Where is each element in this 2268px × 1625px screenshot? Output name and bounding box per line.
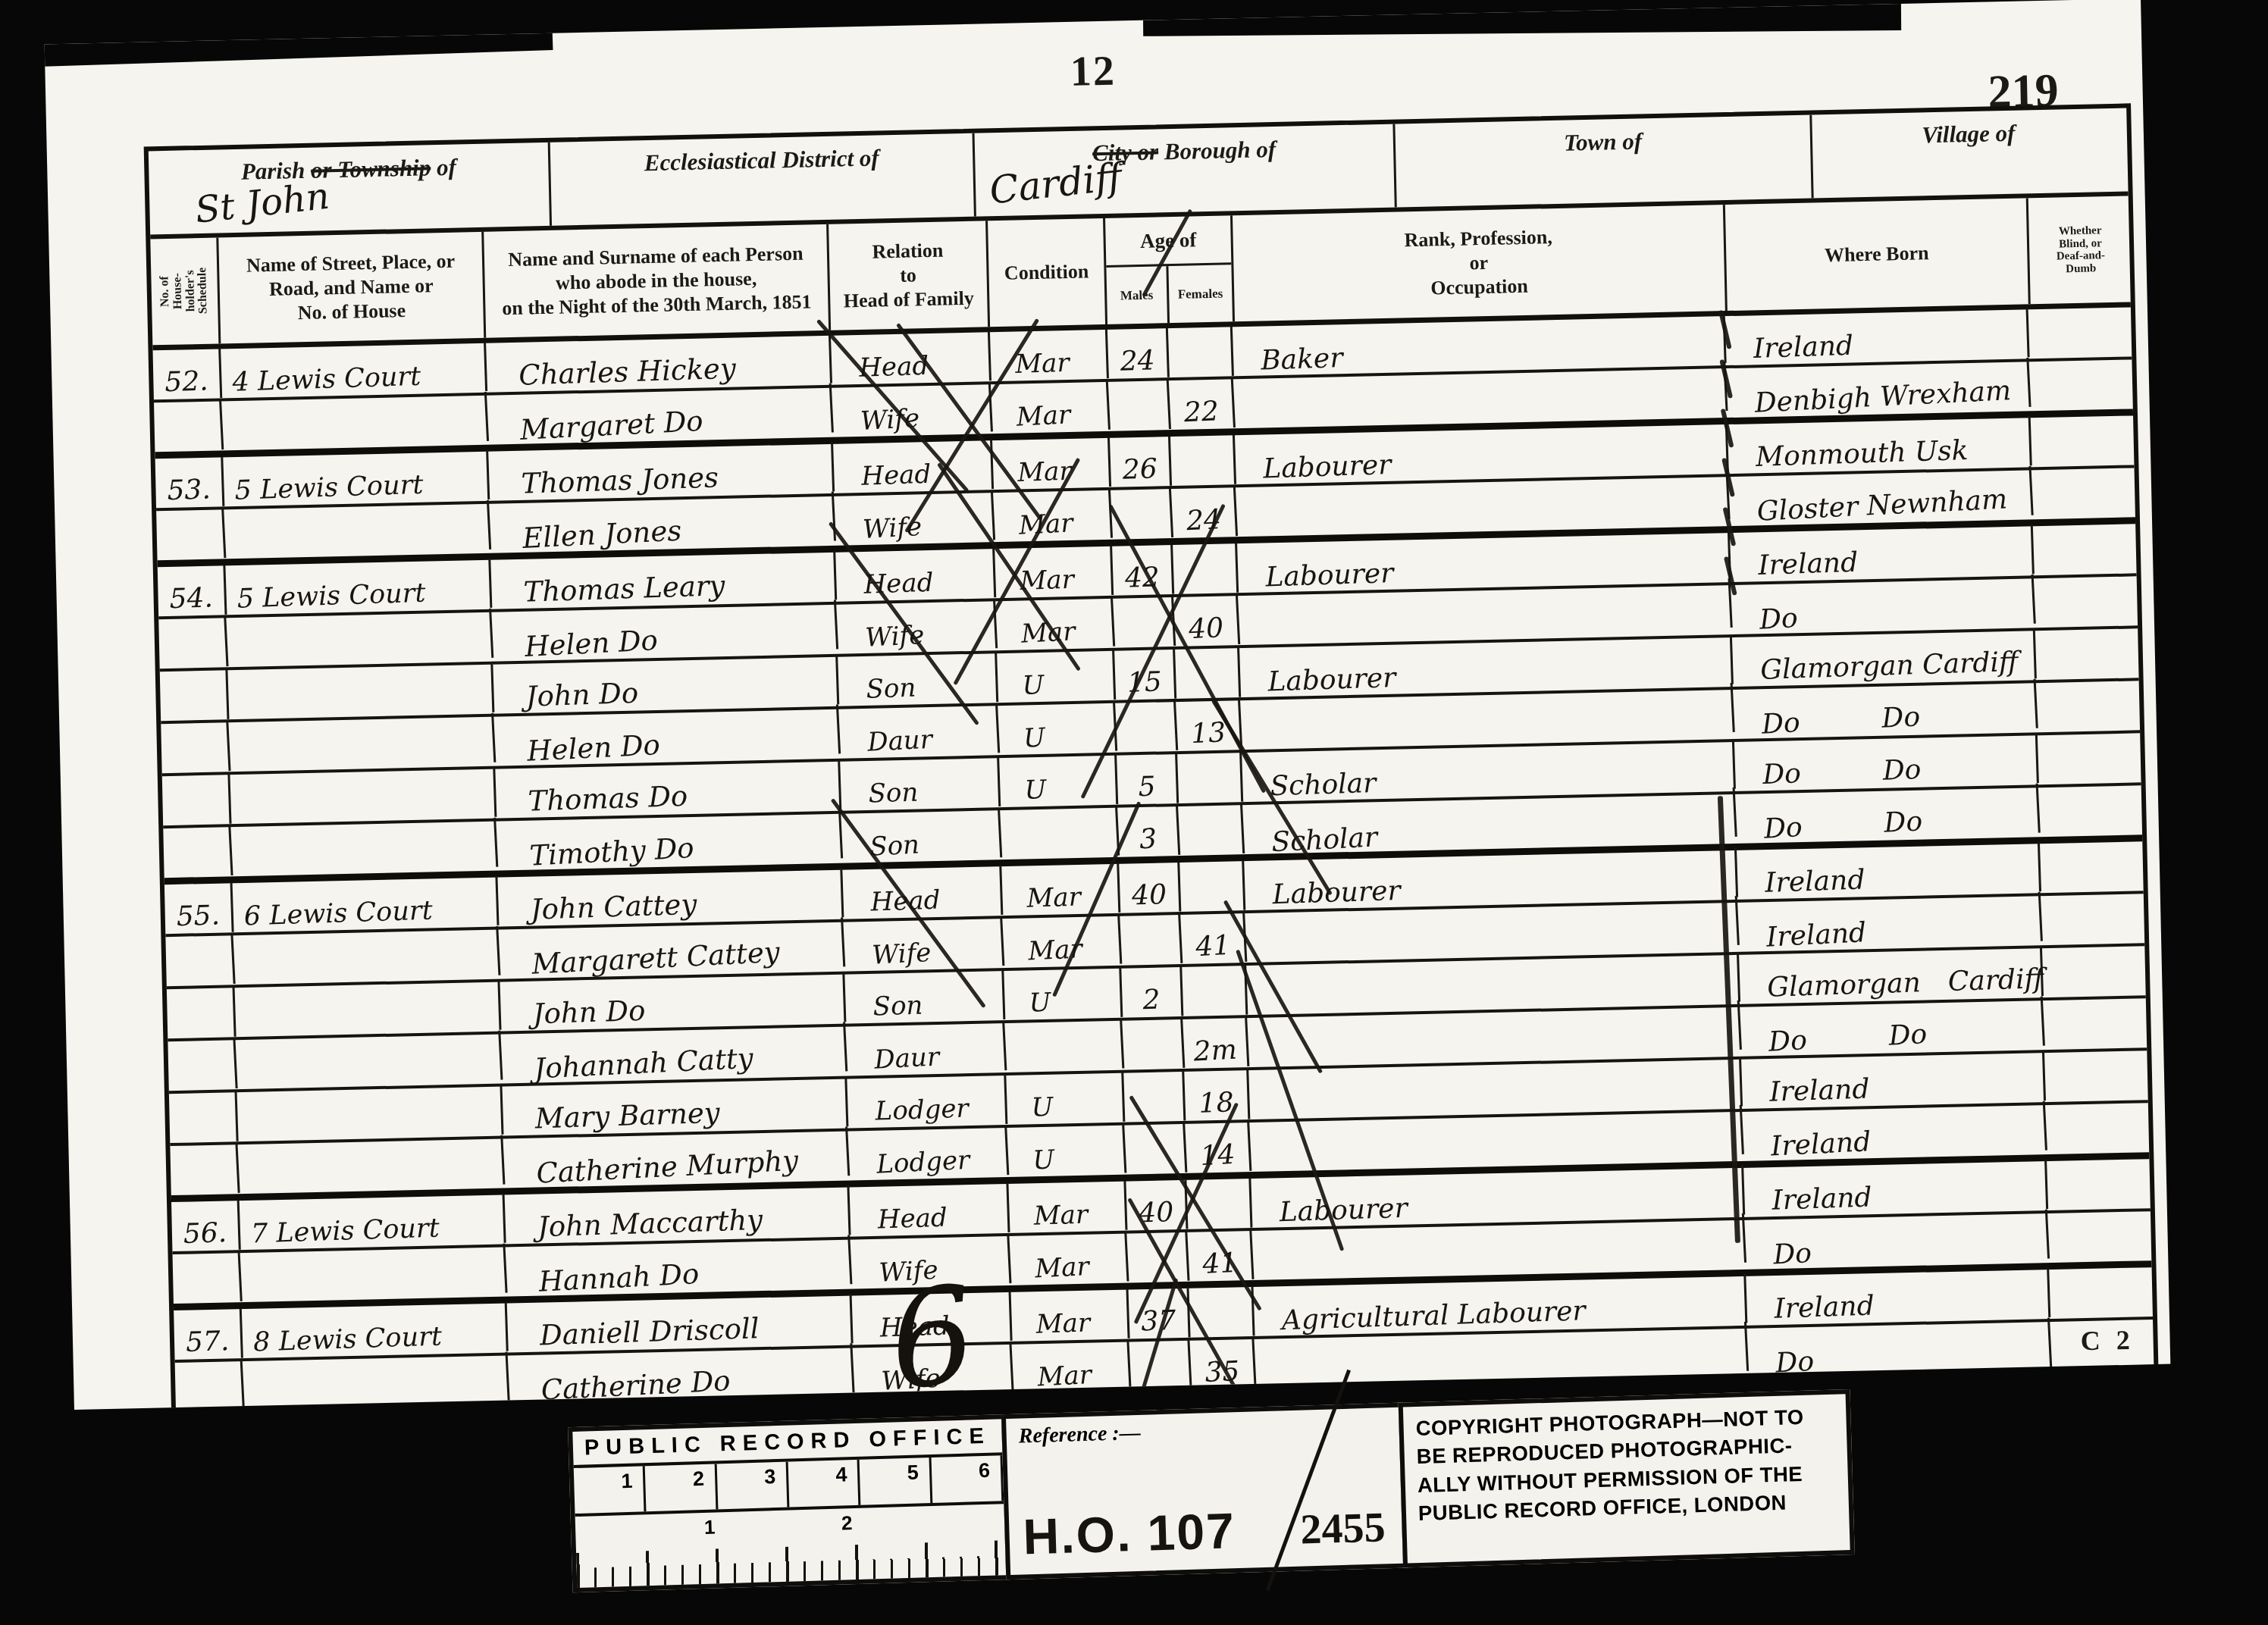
- cell-street: [229, 713, 497, 775]
- cell-street: [224, 500, 491, 562]
- field-label: Town of: [1564, 127, 1643, 155]
- cell-schedule-number: 57.: [174, 1309, 243, 1360]
- total-males: 10: [1131, 1395, 1193, 1410]
- cell-condition: Mar: [995, 597, 1115, 653]
- census-paper-sheet: 12 219 Parish or Township of St John Ecc…: [45, 0, 2171, 1410]
- cell-condition: Mar: [1008, 1181, 1127, 1234]
- cell-blind-deaf: [2036, 679, 2141, 734]
- cell-condition: [1000, 806, 1120, 862]
- cell-blind-deaf: [2040, 841, 2144, 894]
- cell-where-born: Ireland: [1743, 1160, 2048, 1219]
- cell-relation: Head: [835, 548, 996, 603]
- column-header-females: Females: [1168, 265, 1233, 323]
- cell-schedule-number: 54.: [157, 565, 227, 617]
- cell-where-born: Do: [1744, 1210, 2050, 1274]
- cell-age-female: [1182, 966, 1248, 1017]
- cell-schedule-number: 56.: [171, 1201, 241, 1252]
- cell-where-born: Denbigh Wrexham: [1726, 358, 2031, 422]
- pro-reference-stamp: PUBLIC RECORD OFFICE 123456 1 2 Referenc…: [568, 1389, 1859, 1592]
- column-header-street: Name of Street, Place, or Road, and Name…: [218, 232, 486, 344]
- cell-street: 6 Lewis Court: [233, 876, 500, 934]
- reference-series: H.O. 107: [1023, 1501, 1236, 1565]
- column-header-schedule: No. of House- holder's Schedule: [150, 237, 221, 345]
- copyright-box: COPYRIGHT PHOTOGRAPH—NOT TO BE REPRODUCE…: [1399, 1389, 1855, 1568]
- cell-relation: Son: [838, 653, 998, 707]
- cell-street: [235, 981, 502, 1038]
- cell-age-male: [1122, 1019, 1185, 1071]
- cell-where-born: Ireland: [1741, 1051, 2046, 1110]
- cell-relation: Lodger: [847, 1126, 1009, 1182]
- cell-relation: Head: [842, 866, 1003, 920]
- cell-where-born: Gloster Newnham: [1728, 466, 2034, 531]
- cell-blind-deaf: [2045, 1101, 2150, 1156]
- cell-blind-deaf: [2043, 997, 2147, 1051]
- cell-schedule-number: [169, 1092, 239, 1144]
- cell-schedule-number: [172, 1252, 243, 1304]
- cell-condition: [1004, 1019, 1124, 1075]
- ruler-sub-number: 1: [703, 1516, 715, 1539]
- field-village: Village of: [1812, 108, 2125, 199]
- cell-age-male: [1120, 914, 1183, 966]
- cell-condition: Mar: [1011, 1289, 1130, 1342]
- cell-where-born: Ireland: [1742, 1101, 2047, 1166]
- cell-blind-deaf: [2047, 1158, 2151, 1210]
- column-header-where-born: Where Born: [1725, 198, 2031, 311]
- cell-schedule-number: 55.: [164, 883, 234, 935]
- field-parish: Parish or Township of St John: [149, 142, 552, 235]
- cell-age-female: 18: [1184, 1070, 1250, 1122]
- cell-condition: Mar: [1002, 915, 1122, 970]
- column-header-relation: Relation to Head of Family: [829, 221, 990, 330]
- cell-relation: Son: [841, 808, 1002, 865]
- cell-condition: U: [997, 650, 1116, 703]
- pro-ruler-box: PUBLIC RECORD OFFICE 123456 1 2: [568, 1414, 1010, 1592]
- cell-blind-deaf: [2049, 1266, 2153, 1319]
- ruler-ticks: 1 2: [575, 1504, 1007, 1588]
- ruler-inch-number: 1: [574, 1466, 647, 1514]
- cell-blind-deaf: [2031, 467, 2136, 521]
- cell-relation: Son: [840, 757, 1001, 812]
- cell-where-born: Ireland: [1737, 842, 2041, 901]
- cell-where-born: Ireland: [1730, 524, 2035, 584]
- cell-age-female: 13: [1176, 700, 1242, 752]
- cell-condition: Mar: [1012, 1340, 1132, 1395]
- reference-piece: 2455: [1300, 1503, 1386, 1554]
- cell-schedule-number: [174, 1360, 245, 1410]
- cell-street: [221, 392, 489, 454]
- cell-where-born: Ireland: [1737, 892, 2043, 957]
- cell-age-male: 5: [1117, 754, 1179, 806]
- page-number: 12: [1070, 47, 1116, 96]
- cell-schedule-number: [155, 509, 226, 561]
- cell-blind-deaf: [2028, 307, 2132, 359]
- column-header-age-group: Age of Males Females: [1105, 215, 1235, 324]
- cell-blind-deaf: [2029, 359, 2134, 413]
- cell-where-born: Do Do: [1733, 679, 2038, 744]
- cell-age-female: [1189, 1287, 1255, 1339]
- cell-age-female: [1177, 753, 1243, 804]
- column-header-condition: Condition: [988, 218, 1107, 327]
- census-table: Parish or Township of St John Ecclesiast…: [144, 103, 2160, 1410]
- cell-schedule-number: 52.: [152, 349, 222, 400]
- cell-where-born: Ireland: [1746, 1268, 2050, 1327]
- cell-blind-deaf: [2033, 524, 2137, 576]
- cell-schedule-number: [160, 722, 230, 774]
- cell-condition: Mar: [992, 437, 1111, 490]
- ruler-inch-number: 6: [931, 1455, 1004, 1503]
- cell-schedule-number: [165, 935, 236, 987]
- cell-where-born: Do Do: [1735, 784, 2041, 848]
- cell-where-born: Do Do: [1734, 734, 2039, 793]
- film-edge-tear: [45, 0, 553, 67]
- cell-schedule-number: [153, 400, 224, 452]
- ruler-sub-number: 2: [841, 1511, 853, 1535]
- cell-street: [236, 1031, 503, 1093]
- field-label: of: [437, 154, 457, 181]
- cell-blind-deaf: [2034, 575, 2138, 629]
- cell-age-female: 2m: [1183, 1017, 1249, 1069]
- cell-street: [238, 1135, 506, 1198]
- cell-relation: Lodger: [847, 1075, 1007, 1129]
- cell-condition: Mar: [993, 489, 1113, 544]
- cell-street: [240, 1244, 508, 1306]
- cell-street: 4 Lewis Court: [221, 342, 487, 399]
- cell-blind-deaf: [2031, 415, 2135, 468]
- cell-age-female: 22: [1169, 378, 1236, 431]
- reference-slash: [1266, 1370, 1351, 1591]
- ruler-inch-number: 5: [860, 1457, 932, 1505]
- cell-street: 7 Lewis Court: [240, 1194, 506, 1251]
- cell-age-female: [1178, 804, 1245, 856]
- cell-blind-deaf: [2042, 946, 2146, 998]
- cell-age-female: 41: [1187, 1230, 1254, 1282]
- cell-schedule-number: [158, 617, 228, 669]
- cell-age-male: 15: [1114, 650, 1176, 701]
- cell-condition: U: [1006, 1072, 1125, 1126]
- total-houses-values: 15 U B: [244, 1409, 511, 1410]
- field-ecclesiastical-district: Ecclesiastical District of: [550, 133, 976, 226]
- ruler-inch-number: 2: [645, 1464, 718, 1511]
- cell-age-male: 26: [1110, 437, 1172, 488]
- cell-age-female: [1170, 435, 1236, 487]
- cell-where-born: Glamorgan Cardiff: [1739, 947, 2044, 1006]
- column-header-blind-deaf: Whether Blind, or Deaf-and- Dumb: [2028, 196, 2133, 304]
- parish-handwritten-value: St John: [193, 175, 331, 232]
- column-header-name: Name and Surname of each Person who abod…: [484, 224, 831, 338]
- cell-relation: Head: [833, 440, 994, 494]
- cell-age-male: 40: [1119, 863, 1181, 914]
- cell-street: [237, 1085, 504, 1143]
- cell-street: [227, 609, 494, 671]
- cell-age-male: [1111, 488, 1173, 540]
- cell-condition: U: [1007, 1123, 1126, 1179]
- cell-age-male: 2: [1121, 967, 1183, 1019]
- cell-schedule-number: [170, 1144, 240, 1196]
- cell-relation: Daur: [845, 1021, 1007, 1078]
- cell-street: [243, 1352, 510, 1410]
- cell-condition: U: [998, 702, 1117, 757]
- cell-where-born: Ireland: [1725, 308, 2030, 367]
- cell-schedule-number: [159, 670, 229, 722]
- field-city-borough: City or Borough of Cardiff: [975, 124, 1397, 217]
- cell-where-born: Do: [1731, 575, 2036, 639]
- cell-street: 5 Lewis Court: [225, 559, 492, 616]
- ruler-inch-number: 4: [788, 1460, 861, 1508]
- cell-age-male: [1129, 1340, 1192, 1392]
- total-empty-blind: [2052, 1373, 2156, 1410]
- cell-blind-deaf: [2047, 1210, 2152, 1264]
- census-scan-page: { "page":{"number_top":"12","folio":"219…: [0, 0, 2268, 1625]
- cell-schedule-number: [162, 826, 233, 878]
- field-label: Borough of: [1164, 136, 1276, 164]
- cell-condition: Mar: [990, 329, 1109, 382]
- column-header-males: Males: [1106, 266, 1169, 324]
- field-town: Town of: [1395, 115, 1813, 208]
- cell-where-born: Do: [1746, 1318, 2052, 1382]
- cell-street: [231, 818, 499, 880]
- field-label-struck: or Township: [311, 154, 431, 183]
- ruler-inch-number: 3: [716, 1462, 789, 1510]
- cell-schedule-number: [167, 988, 237, 1039]
- cell-where-born: Glamorgan Cardiff: [1732, 629, 2037, 688]
- column-header-occupation: Rank, Profession, or Occupation: [1233, 205, 1728, 321]
- cell-blind-deaf: [2035, 628, 2139, 681]
- cell-schedule-number: [168, 1039, 238, 1091]
- film-edge-tear: [1142, 0, 1901, 36]
- cell-age-male: 24: [1107, 328, 1170, 380]
- cell-relation: Daur: [838, 703, 1000, 760]
- cell-condition: Mar: [1009, 1232, 1129, 1287]
- cell-age-female: [1179, 861, 1245, 913]
- corner-mark: C 2: [2080, 1324, 2135, 1357]
- cell-street: [230, 768, 497, 825]
- cell-street: 8 Lewis Court: [242, 1302, 509, 1360]
- field-label: Village of: [1922, 120, 2016, 149]
- field-label: Ecclesiastical District of: [644, 144, 879, 176]
- cell-where-born: Do Do: [1740, 997, 2045, 1061]
- cell-age-female: 24: [1171, 487, 1238, 539]
- cell-schedule-number: 53.: [155, 457, 224, 509]
- cell-blind-deaf: [2044, 1050, 2148, 1102]
- borough-handwritten-value: Cardiff: [987, 155, 1124, 213]
- cell-blind-deaf: [2038, 733, 2141, 785]
- cell-condition: Mar: [991, 380, 1111, 436]
- cell-age-female: [1168, 327, 1234, 378]
- cell-relation: Son: [844, 970, 1005, 1025]
- cell-schedule-number: [161, 775, 231, 826]
- cell-relation: Head: [850, 1183, 1010, 1238]
- column-header-age: Age of: [1105, 215, 1231, 268]
- cell-street: 5 Lewis Court: [223, 450, 490, 508]
- reference-box: Reference :— H.O. 107 2455: [1001, 1403, 1408, 1580]
- cell-age-male: [1108, 380, 1171, 432]
- cell-age-male: [1124, 1123, 1187, 1176]
- reference-label: Reference :—: [1018, 1421, 1141, 1449]
- cell-street: [227, 663, 494, 721]
- cell-blind-deaf: [2038, 784, 2143, 838]
- cell-street: [233, 926, 501, 988]
- cell-where-born: Monmouth Usk: [1728, 416, 2032, 475]
- cell-blind-deaf: [2041, 892, 2145, 947]
